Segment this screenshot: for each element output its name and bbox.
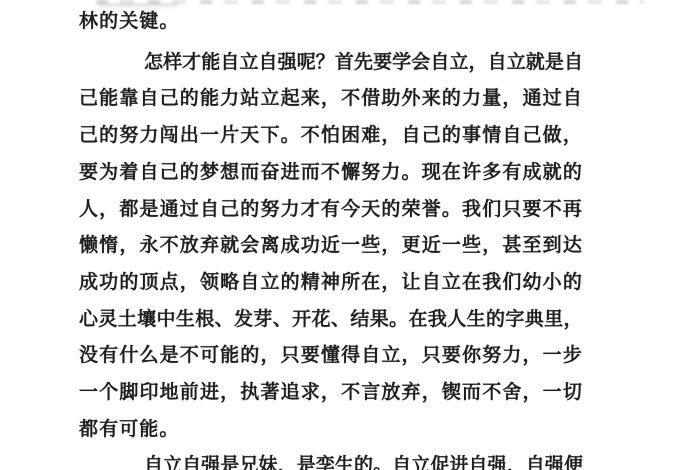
text-line: 己能靠自己的能力站立起来，不借助外来的力量，通过自 [79, 86, 583, 110]
text-line: 人，都是通过自己的努力才有今天的荣誉。我们只要不再 [79, 197, 583, 221]
essay-text-block: 林的关键。怎样才能自立自强呢？首先要学会自立，自立就是自己能靠自己的能力站立起来… [0, 0, 700, 470]
text-line: 成功的顶点，领略自立的精神所在，让自立在我们幼小的 [79, 270, 583, 294]
text-line: 林的关键。 [79, 9, 583, 33]
text-line: 自立自强是兄妹，是孪生的。自立促进自强，自强便 [144, 453, 583, 470]
text-line: 没有什么是不可能的，只要懂得自立，只要你努力，一步 [79, 343, 583, 367]
text-line: 己的努力闯出一片天下。不怕困难，自己的事情自己做， [79, 123, 583, 147]
text-line: 都有可能。 [79, 417, 583, 441]
text-line: 要为着自己的梦想而奋进而不懈努力。现在许多有成就的 [79, 160, 583, 184]
document-page: 林的关键。怎样才能自立自强呢？首先要学会自立，自立就是自己能靠自己的能力站立起来… [0, 0, 700, 470]
text-line: 心灵土壤中生根、发芽、开花、结果。在我人生的字典里， [79, 307, 583, 331]
text-line: 怎样才能自立自强呢？首先要学会自立，自立就是自 [144, 50, 583, 74]
text-line: 一个脚印地前进，执著追求，不言放弃，锲而不舍，一切 [79, 380, 583, 404]
text-line: 懒惰，永不放弃就会离成功近一些，更近一些，甚至到达 [79, 233, 583, 257]
